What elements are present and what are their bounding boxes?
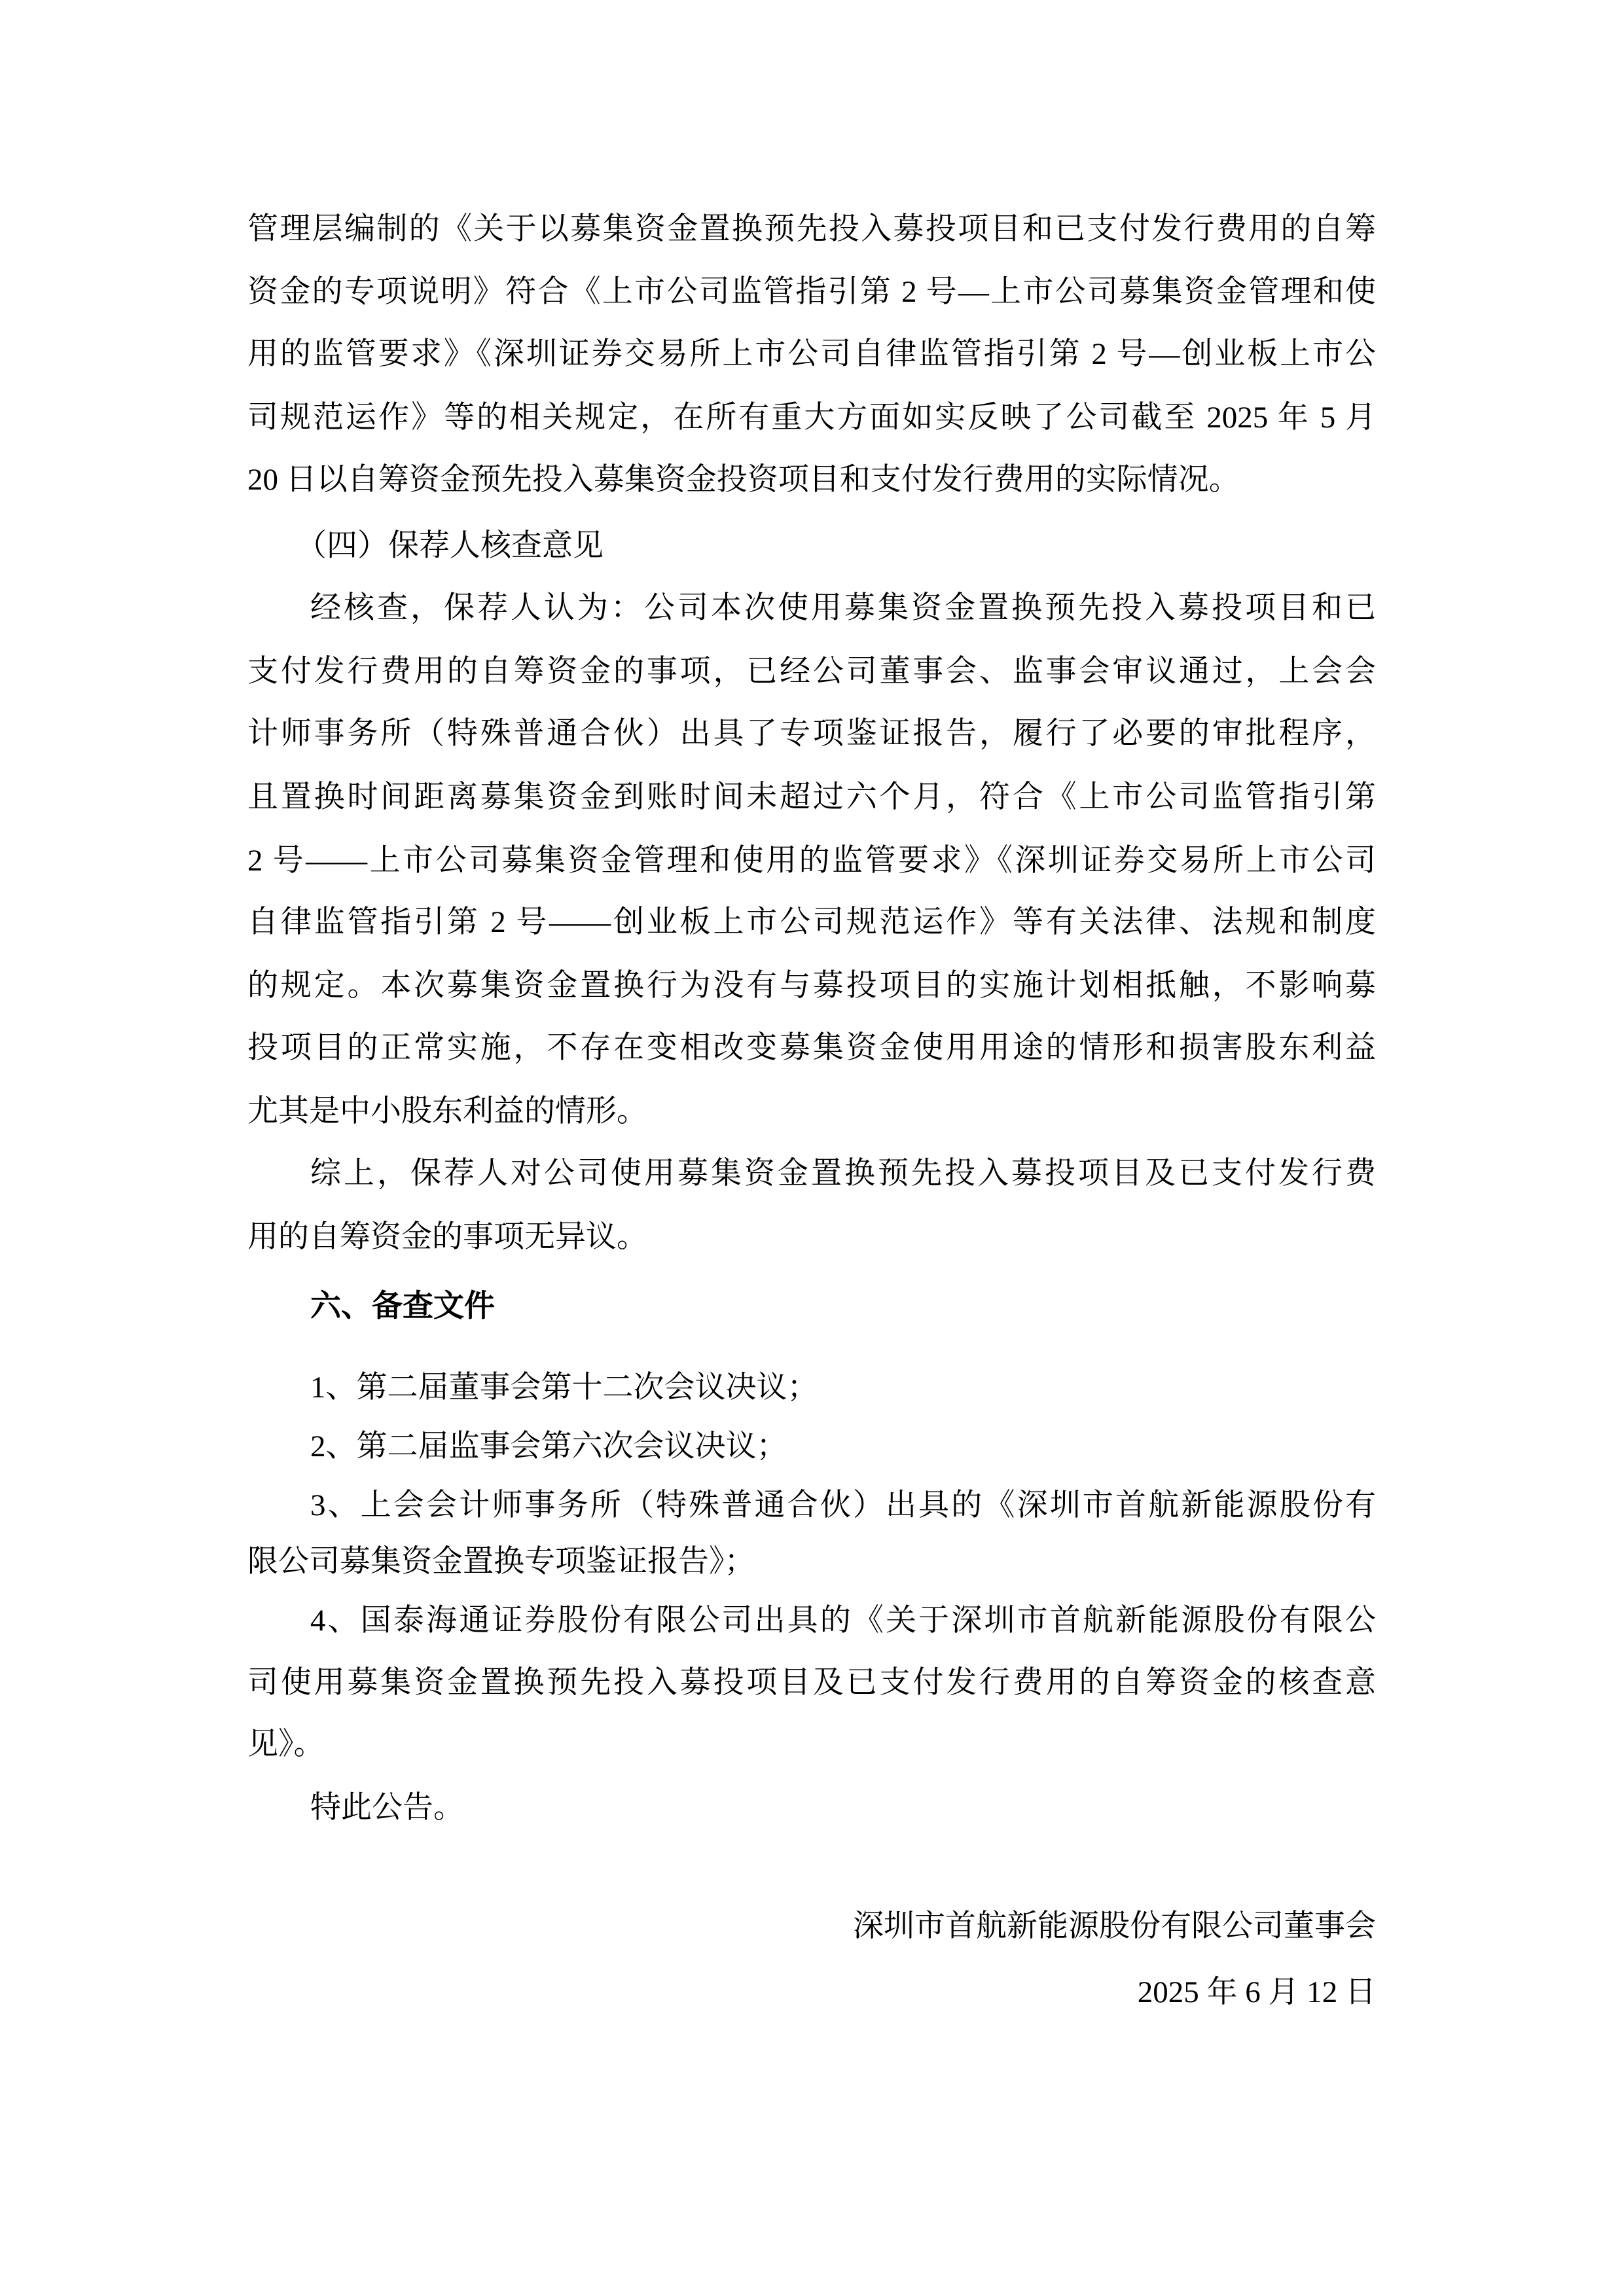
closing-statement: 特此公告。 — [310, 1788, 1376, 1827]
paragraph-line: 且置换时间距离募集资金到账时间未超过六个月，符合《上市公司监管指引第 — [247, 778, 1376, 817]
list-item-line: 限公司募集资金置换专项鉴证报告》； — [247, 1542, 1376, 1581]
paragraph-line: 2 号——上市公司募集资金管理和使用的监管要求》《深圳证券交易所上市公司 — [247, 841, 1376, 880]
list-item-line: 司使用募集资金置换预先投入募投项目及已支付发行费用的自筹资金的核查意 — [247, 1663, 1376, 1702]
paragraph-line: 管理层编制的《关于以募集资金置换预先投入募投项目和已支付发行费用的自筹 — [247, 209, 1376, 249]
paragraph-line: 计师事务所（特殊普通合伙）出具了专项鉴证报告，履行了必要的审批程序， — [247, 714, 1376, 753]
paragraph-line: 投项目的正常实施，不存在变相改变募集资金使用用途的情形和损害股东利益 — [247, 1028, 1376, 1067]
list-item: 1、第二届董事会第十二次会议决议； — [310, 1368, 1376, 1407]
issue-date: 2025 年 6 月 12 日 — [720, 1973, 1376, 2012]
list-item-line: 见》。 — [247, 1725, 1376, 1764]
subsection-title: （四）保荐人核查意见 — [296, 526, 1362, 565]
section-heading: 六、备查文件 — [310, 1287, 1376, 1326]
document-page: 管理层编制的《关于以募集资金置换预先投入募投项目和已支付发行费用的自筹 资金的专… — [0, 0, 1624, 2296]
paragraph-line: 20 日以自筹资金预先投入募集资金投资项目和支付发行费用的实际情况。 — [247, 460, 1376, 499]
list-item: 2、第二届监事会第六次会议决议； — [310, 1427, 1376, 1466]
paragraph-line: 尤其是中小股东利益的情形。 — [247, 1092, 1376, 1131]
paragraph-line: 综上，保荐人对公司使用募集资金置换预先投入募投项目及已支付发行费 — [310, 1154, 1376, 1193]
paragraph-line: 用的监管要求》《深圳证券交易所上市公司自律监管指引第 2 号—创业板上市公 — [247, 334, 1376, 374]
paragraph-line: 自律监管指引第 2 号——创业板上市公司规范运作》等有关法律、法规和制度 — [247, 903, 1376, 942]
paragraph-line: 司规范运作》等的相关规定，在所有重大方面如实反映了公司截至 2025 年 5 月 — [247, 398, 1376, 437]
paragraph-line: 用的自筹资金的事项无异议。 — [247, 1217, 1376, 1257]
issuer-name: 深圳市首航新能源股份有限公司董事会 — [720, 1907, 1376, 1946]
paragraph-line: 的规定。本次募集资金置换行为没有与募投项目的实施计划相抵触，不影响募 — [247, 966, 1376, 1005]
paragraph-line: 资金的专项说明》符合《上市公司监管指引第 2 号—上市公司募集资金管理和使 — [247, 272, 1376, 312]
list-item-line: 3、上会会计师事务所（特殊普通合伙）出具的《深圳市首航新能源股份有 — [310, 1486, 1376, 1525]
paragraph-line: 支付发行费用的自筹资金的事项，已经公司董事会、监事会审议通过，上会会 — [247, 652, 1376, 691]
paragraph-line: 经核查，保荐人认为：公司本次使用募集资金置换预先投入募投项目和已 — [310, 588, 1376, 628]
list-item-line: 4、国泰海通证券股份有限公司出具的《关于深圳市首航新能源股份有限公 — [310, 1601, 1376, 1640]
